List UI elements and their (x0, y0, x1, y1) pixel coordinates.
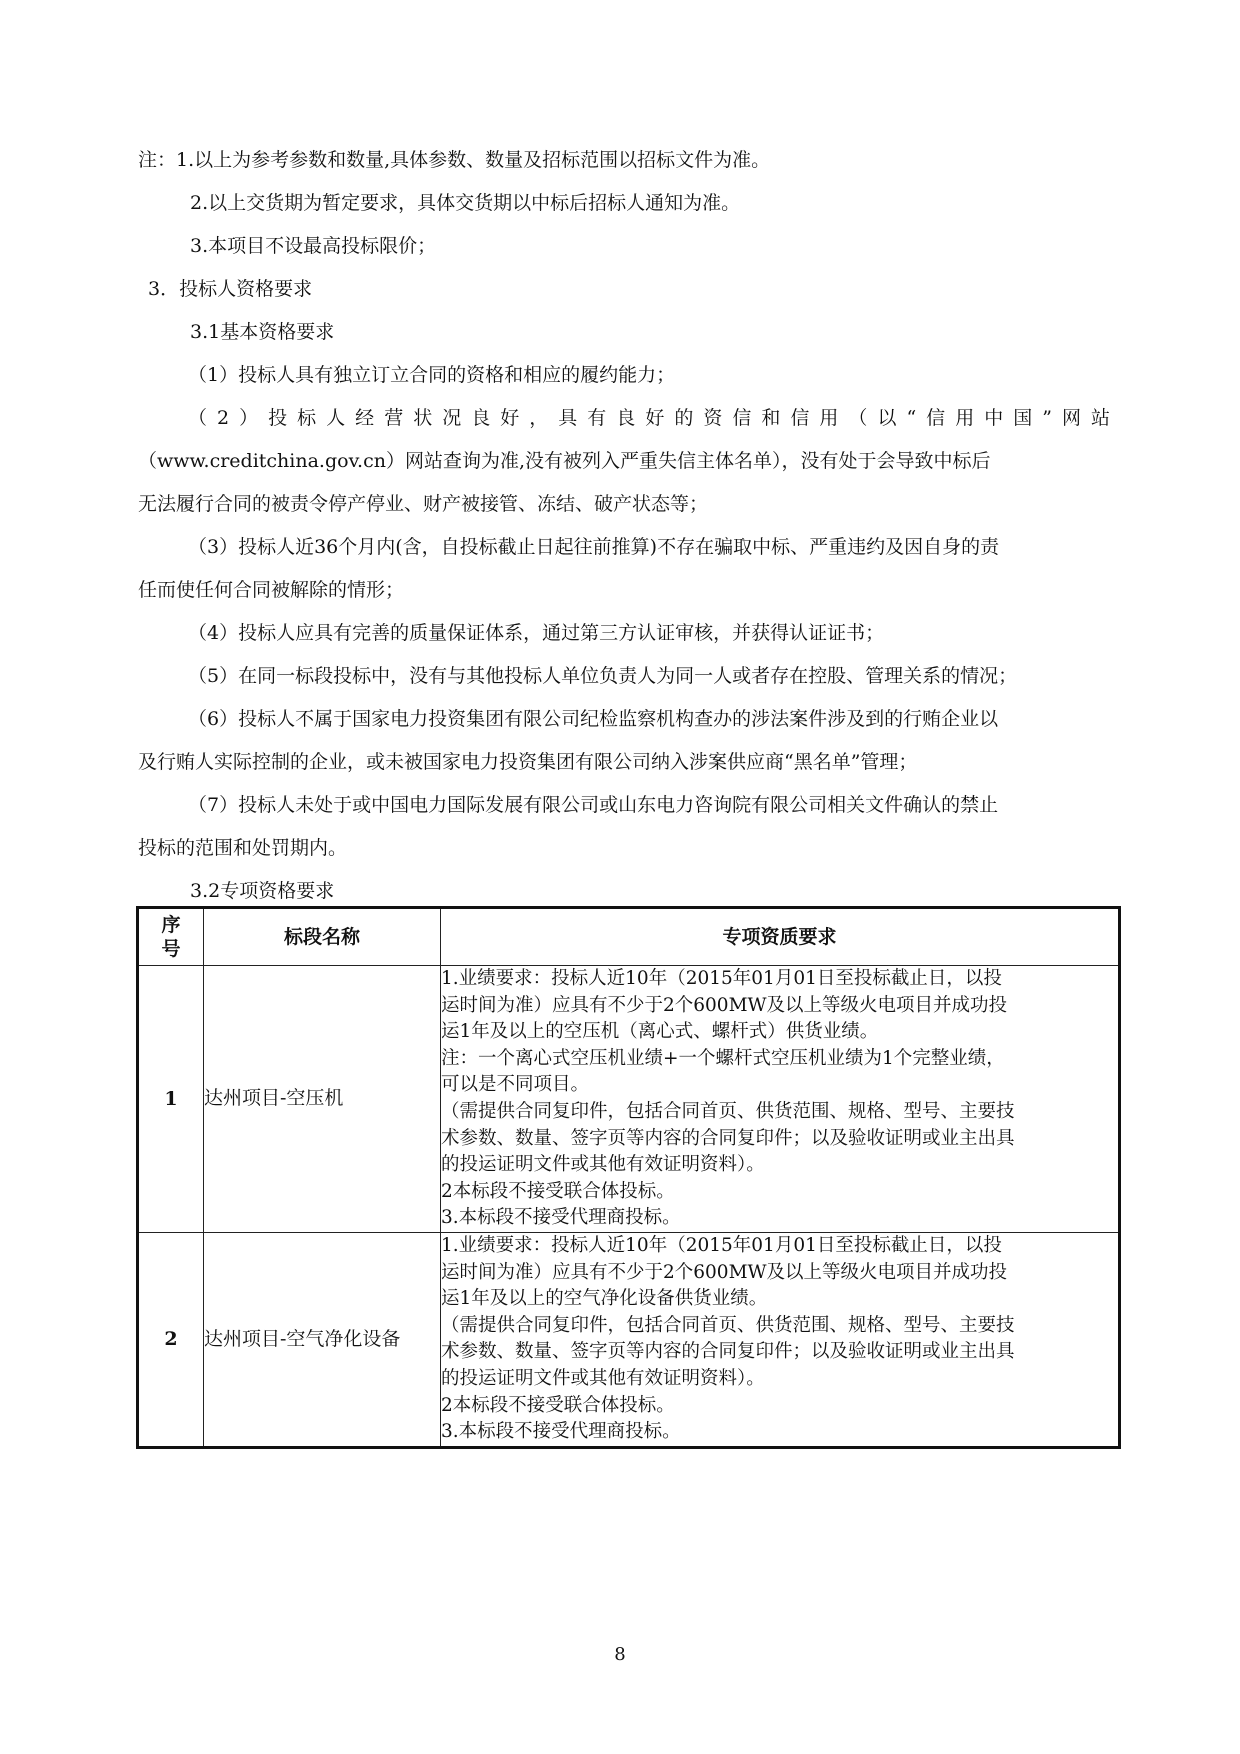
requirement-item-3-line-1: （3）投标人近36个月内(含，自投标截止日起往前推算)不存在骗取中标、严重违约及… (188, 535, 999, 559)
note-line-3: 3.本项目不设最高投标限价； (190, 234, 436, 258)
table-header-row: 序 号 标段名称 专项资质要求 (138, 908, 1120, 966)
special-qualification-table: 序 号 标段名称 专项资质要求 1 达州项目-空压机 1.业绩要求：投标人近10… (136, 906, 1121, 1449)
requirement-item-1: （1）投标人具有独立订立合同的资格和相应的履约能力； (188, 363, 675, 387)
note-line-1: 注：1.以上为参考参数和数量,具体参数、数量及招标范围以招标文件为准。 (138, 148, 770, 172)
requirement-item-6-line-2: 及行贿人实际控制的企业，或未被国家电力投资集团有限公司纳入涉案供应商“黑名单”管… (138, 750, 917, 774)
page-number: 8 (0, 1644, 1240, 1665)
subsection-heading-3-1: 3.1基本资格要求 (190, 320, 334, 344)
requirement-item-3-line-2: 任而使任何合同被解除的情形； (138, 578, 404, 602)
section-heading: 3．投标人资格要求 (148, 277, 312, 301)
requirement-item-2-line-3: 无法履行合同的被责令停产停业、财产被接管、冻结、破产状态等； (138, 492, 708, 516)
document-page: 注：1.以上为参考参数和数量,具体参数、数量及招标范围以招标文件为准。 2.以上… (0, 0, 1240, 1754)
row-seq: 1 (138, 966, 204, 1233)
requirement-item-7-line-2: 投标的范围和处罚期内。 (138, 836, 347, 860)
requirement-item-2-line-2: （www.creditchina.gov.cn）网站查询为准,没有被列入严重失信… (138, 449, 991, 473)
requirement-item-2-line-1: （2）投标人经营状况良好，具有良好的资信和信用（以“信用中国”网站 (188, 406, 1110, 430)
requirement-item-4: （4）投标人应具有完善的质量保证体系，通过第三方认证审核，并获得认证证书； (188, 621, 884, 645)
header-seq: 序 号 (138, 908, 204, 966)
header-requirement: 专项资质要求 (441, 908, 1120, 966)
requirement-item-5: （5）在同一标段投标中，没有与其他投标人单位负责人为同一人或者存在控股、管理关系… (188, 664, 1017, 688)
requirement-item-6-line-1: （6）投标人不属于国家电力投资集团有限公司纪检监察机构查办的涉法案件涉及到的行贿… (188, 707, 998, 731)
requirement-item-7-line-1: （7）投标人未处于或中国电力国际发展有限公司或山东电力咨询院有限公司相关文件确认… (188, 793, 998, 817)
subsection-heading-3-2: 3.2专项资格要求 (190, 879, 334, 903)
note-line-2: 2.以上交货期为暂定要求，具体交货期以中标后招标人通知为准。 (190, 191, 740, 215)
row-requirement: 1.业绩要求：投标人近10年（2015年01月01日至投标截止日，以投 运时间为… (441, 966, 1120, 1233)
row-lot-name: 达州项目-空压机 (204, 966, 441, 1233)
row-requirement: 1.业绩要求：投标人近10年（2015年01月01日至投标截止日，以投 运时间为… (441, 1232, 1120, 1447)
row-lot-name: 达州项目-空气净化设备 (204, 1232, 441, 1447)
table-row: 2 达州项目-空气净化设备 1.业绩要求：投标人近10年（2015年01月01日… (138, 1232, 1120, 1447)
table-row: 1 达州项目-空压机 1.业绩要求：投标人近10年（2015年01月01日至投标… (138, 966, 1120, 1233)
header-lot-name: 标段名称 (204, 908, 441, 966)
row-seq: 2 (138, 1232, 204, 1447)
